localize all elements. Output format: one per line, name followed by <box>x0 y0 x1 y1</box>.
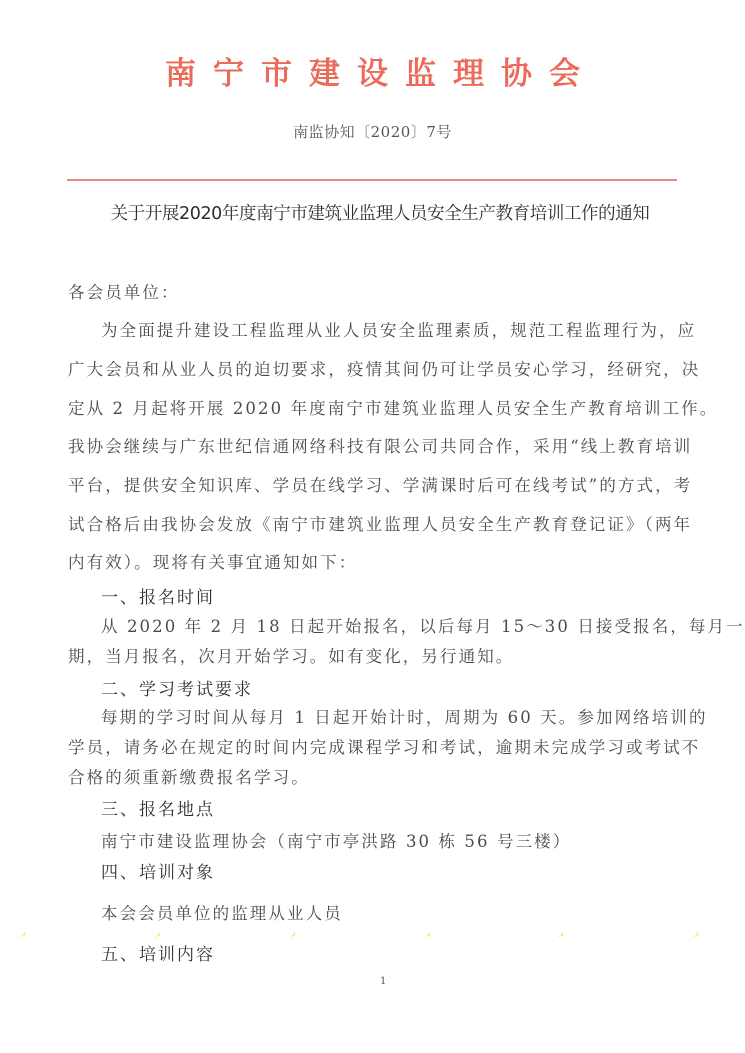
paragraph-line: 合格的须重新缴费报名学习。 <box>68 766 686 790</box>
notice-title: 关于开展2020年度南宁市建筑业监理人员安全生产教育培训工作的通知 <box>60 201 700 227</box>
paragraph-line: 期，当月报名，次月开始学习。如有变化，另行通知。 <box>68 645 686 669</box>
paragraph-line: 定从 2 月起将开展 2020 年度南宁市建筑业监理人员安全生产教育培训工作。 <box>68 397 686 421</box>
section-heading-registration-location: 三、报名地点 <box>101 798 215 822</box>
paragraph-line: 试合格后由我协会发放《南宁市建筑业监理人员安全生产教育登记证》（两年 <box>68 513 686 537</box>
paragraph-line: 广大会员和从业人员的迫切要求，疫情其间仍可让学员安心学习，经研究，决 <box>68 358 686 382</box>
paragraph-line: 南宁市建设监理协会（南宁市亭洪路 30 栋 56 号三楼） <box>101 830 686 854</box>
salutation: 各会员单位： <box>68 281 686 305</box>
yellow-mark-icon: ⬏ <box>423 929 433 941</box>
section-heading-training-target: 四、培训对象 <box>101 861 215 885</box>
section-heading-training-content: 五、培训内容 <box>101 943 215 967</box>
paragraph-line: 我协会继续与广东世纪信通网络科技有限公司共同合作，采用“线上教育培训 <box>68 435 686 459</box>
yellow-mark-icon: ⬏ <box>153 929 163 941</box>
paragraph-line: 平台，提供安全知识库、学员在线学习、学满课时后可在线考试”的方式，考 <box>68 474 686 498</box>
yellow-mark-icon: ⬏ <box>288 929 298 941</box>
paragraph-line: 为全面提升建设工程监理从业人员安全监理素质，规范工程监理行为，应 <box>101 319 686 343</box>
paragraph-line: 内有效）。现将有关事宜通知如下： <box>68 551 686 575</box>
paragraph-line: 本会会员单位的监理从业人员 <box>101 902 686 926</box>
letterhead-divider <box>67 179 677 181</box>
yellow-mark-icon: ⬏ <box>556 929 566 941</box>
paragraph-line: 从 2020 年 2 月 18 日起开始报名，以后每月 15～30 日接受报名，… <box>101 615 686 639</box>
yellow-mark-icon: ⬏ <box>18 929 28 941</box>
yellow-mark-icon: ⬏ <box>691 929 701 941</box>
paragraph-line: 学员，请务必在规定的时间内完成课程学习和考试，逾期未完成学习或考试不 <box>68 736 686 760</box>
section-heading-registration-time: 一、报名时间 <box>101 586 215 610</box>
document-number: 南监协知〔2020〕7号 <box>0 122 745 142</box>
organization-letterhead: 南宁市建设监理协会 <box>0 54 745 94</box>
page-number: 1 <box>380 976 386 988</box>
section-heading-study-exam-requirements: 二、学习考试要求 <box>101 678 253 702</box>
paragraph-line: 每期的学习时间从每月 1 日起开始计时，周期为 60 天。参加网络培训的 <box>101 706 686 730</box>
